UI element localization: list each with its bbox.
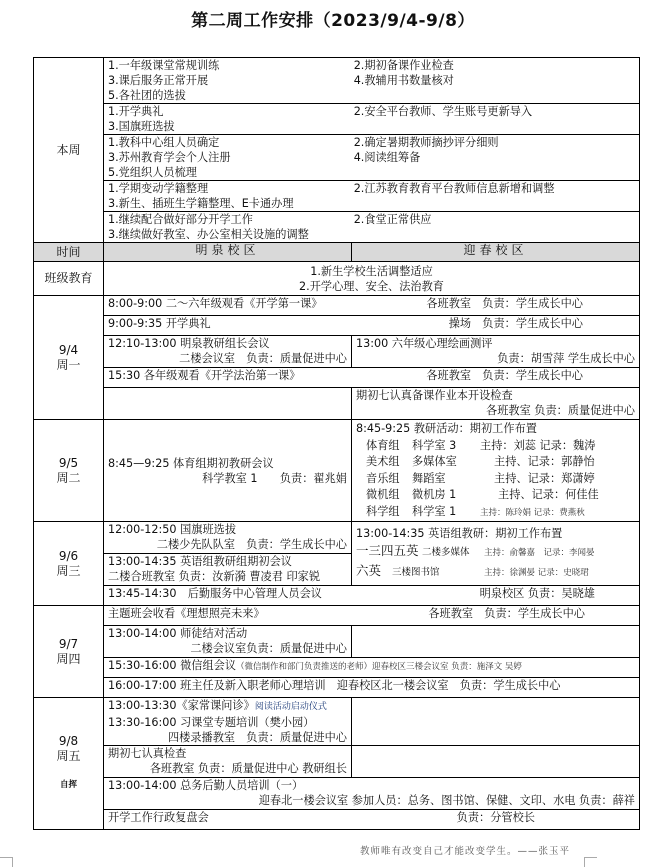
tuesday-label: 9/5 周二: [34, 420, 104, 522]
class-education-item: 1.新生学校生活调整适应: [108, 264, 635, 279]
event-place: 各班教室 负责：学生成长中心: [426, 368, 635, 383]
task-item: 2.确定暑期教师摘抄评分细则: [354, 135, 639, 150]
day-date: 9/7: [38, 637, 99, 652]
this-week-label: 本周: [34, 58, 104, 243]
task-item: 1.开学典礼: [108, 104, 354, 119]
task-item: 3.继续做好教室、办公室相关设施的调整: [108, 227, 354, 242]
task-item: 1.继续配合做好部分开学工作: [108, 212, 354, 227]
event-text: 16:00-17:00 班主任及新入职老师心理培训 迎春校区北一楼会议室 负责：…: [108, 679, 560, 692]
event-text: 开学工作行政复盘会: [108, 810, 209, 825]
event-place: 二楼会议室负责：质量促进中心: [108, 641, 347, 656]
class-education-item: 2.开学心理、安全、法治教育: [108, 279, 635, 294]
event-place: 二楼合班教室 负责：汝新漪 曹凌君 印家锐: [108, 569, 347, 584]
event-place: 明泉校区 负责：吴晓雄: [480, 586, 635, 601]
day-weekday: 周五: [38, 749, 99, 764]
friday-label: 9/8 周五 自挥: [34, 698, 104, 830]
task-item: 5.党组织人员梳理: [108, 165, 354, 180]
schedule-table: 本周 1.一年级课堂常规训练 3.课后服务正常开展 5.各社团的选拔 2.期初备…: [33, 57, 640, 830]
event-text: 13:00-13:30《家常课问诊》阅读活动启动仪式: [108, 698, 347, 715]
task-item: 3.国旗班选拔: [108, 119, 354, 134]
monday-row-3: 12:10-13:00 明泉教研组长会议 二楼会议室 负责：质量促进中心 13:…: [34, 336, 640, 368]
task-item: 2.期初备课作业检查: [354, 58, 639, 73]
thursday-row-3: 15:30-16:00 微信组会议（微信制作和部门负责推送的老师）迎春校区三楼会…: [34, 658, 640, 678]
friday-mark: 自挥: [38, 778, 99, 793]
event-place: 负责：分管校长: [457, 810, 635, 825]
event-text: 15:30-16:00 微信组会议: [108, 659, 236, 672]
event-place: 操场 负责：学生成长中心: [449, 316, 635, 331]
monday-label: 9/4 周一: [34, 296, 104, 420]
wednesday-label: 9/6 周三: [34, 522, 104, 606]
group-row: 音乐组舞蹈室主持、记录：郑潇婷: [356, 471, 635, 488]
event-place: 四楼录播教室 负责：质量促进中心: [108, 730, 347, 745]
page-title: 第二周工作安排（2023/9/4-9/8）: [0, 6, 666, 31]
this-week-row-5: 1.继续配合做好部分开学工作 3.继续做好教室、办公室相关设施的调整 2.食堂正…: [34, 212, 640, 243]
event-text: 8:00-9:00 二～六年级观看《开学第一课》: [108, 296, 322, 311]
friday-row-4: 开学工作行政复盘会负责：分管校长: [34, 810, 640, 830]
this-week-row-1: 本周 1.一年级课堂常规训练 3.课后服务正常开展 5.各社团的选拔 2.期初备…: [34, 58, 640, 104]
day-date: 9/6: [38, 549, 99, 564]
friday-row-3: 13:00-14:00 总务后勤人员培训（一） 迎春北一楼会议室 参加人员：总务…: [34, 778, 640, 810]
event-text: 9:00-9:35 开学典礼: [108, 316, 211, 331]
task-item: 2.食堂正常供应: [354, 212, 639, 227]
wednesday-row-3: 13:45-14:30 后勤服务中心管理人员会议明泉校区 负责：吴晓雄: [34, 586, 640, 606]
event-text: 13:00-14:35 英语组教研组期初会议: [108, 554, 347, 569]
event-text: 15:30 各年级观看《开学法治第一课》: [108, 368, 300, 383]
event-text: 8:45-9:25 教研活动：期初工作布置: [356, 421, 635, 438]
thursday-row-1: 9/7 周四 主题班会收看《理想照亮未来》各班教室 负责：学生成长中心: [34, 606, 640, 626]
event-place: 负责：胡雪萍 学生成长中心: [356, 351, 635, 366]
event-text: 13:00-14:35 英语组教研：期初工作布置: [356, 525, 635, 542]
event-note: （微信制作和部门负责推送的老师）迎春校区三楼会议室 负责：施泽文 吴婷: [236, 662, 522, 672]
task-item: 1.教科中心组人员确定: [108, 135, 354, 150]
group-row: 一三四五英二楼多媒体主持：俞馨嘉 记录：李闻晏: [356, 542, 635, 562]
event-text: 期初七认真备课作业本开设检查: [356, 388, 635, 403]
day-weekday: 周二: [38, 471, 99, 486]
this-week-row-2: 1.开学典礼 3.国旗班选拔 2.安全平台教师、学生账号更新导入: [34, 104, 640, 135]
thursday-row-2: 13:00-14:00 师徒结对活动 二楼会议室负责：质量促进中心: [34, 626, 640, 658]
event-place: 二楼会议室 负责：质量促进中心: [108, 351, 347, 366]
header-campus-mingquan: 明泉校区: [104, 243, 352, 262]
event-text: 13:45-14:30 后勤服务中心管理人员会议: [108, 586, 322, 601]
event-text: 主题班会收看《理想照亮未来》: [108, 606, 265, 621]
task-item: 5.各社团的选拔: [108, 88, 354, 103]
event-place: 各班教室 负责：学生成长中心: [428, 606, 635, 621]
class-education-row: 班级教育 1.新生学校生活调整适应 2.开学心理、安全、法治教育: [34, 262, 640, 296]
task-item: 2.江苏教育教育平台教师信息新增和调整: [354, 181, 639, 196]
event-place: 各班教室 负责：质量促进中心 教研组长: [108, 761, 347, 776]
task-item: 1.一年级课堂常规训练: [108, 58, 354, 73]
task-item: 4.阅读组筹备: [354, 150, 639, 165]
monday-row-5: 期初七认真备课作业本开设检查 各班教室 负责：质量促进中心: [34, 388, 640, 420]
task-item: 4.教辅用书数量核对: [354, 73, 639, 88]
event-text: 13:00-14:00 总务后勤人员培训（一）: [108, 778, 635, 793]
class-education-label: 班级教育: [34, 262, 104, 296]
task-item: 3.苏州教育学会个人注册: [108, 150, 354, 165]
task-item: 2.安全平台教师、学生账号更新导入: [354, 104, 639, 119]
thursday-label: 9/7 周四: [34, 606, 104, 698]
group-row: 体育组科学室 3主持：刘蕊 记录：魏涛: [356, 438, 635, 455]
event-text: 12:00-12:50 国旗班选拔: [108, 522, 347, 537]
day-weekday: 周四: [38, 652, 99, 667]
event-text: 期初七认真检查: [108, 746, 347, 761]
monday-row-4: 15:30 各年级观看《开学法治第一课》各班教室 负责：学生成长中心: [34, 368, 640, 388]
tuesday-row: 9/5 周二 8:45—9:25 体育组期初教研会议 科学教室 1 负责：翟兆娟…: [34, 420, 640, 522]
this-week-row-3: 1.教科中心组人员确定 3.苏州教育学会个人注册 5.党组织人员梳理 2.确定暑…: [34, 135, 640, 181]
header-time: 时间: [34, 243, 104, 262]
header-campus-yingchun: 迎春校区: [352, 243, 640, 262]
event-text: 12:10-13:00 明泉教研组长会议: [108, 336, 347, 351]
day-weekday: 周一: [38, 358, 99, 373]
day-date: 9/5: [38, 456, 99, 471]
thursday-row-4: 16:00-17:00 班主任及新入职老师心理培训 迎春校区北一楼会议室 负责：…: [34, 678, 640, 698]
event-text: 13:00 六年级心理绘画测评: [356, 336, 635, 351]
page-corner-mark: [0, 857, 13, 867]
group-row: 科学组科学室 1主持：陈玲娟 记录：费燕秋: [356, 504, 635, 522]
footer-quote: 教师唯有改变自己才能改变学生。——张玉平: [360, 843, 570, 857]
task-item: 3.课后服务正常开展: [108, 73, 354, 88]
event-place: 科学教室 1 负责：翟兆娟: [108, 471, 347, 486]
group-row: 美术组多媒体室主持、记录：郭静怡: [356, 454, 635, 471]
event-place: 各班教室 负责：学生成长中心: [426, 296, 635, 311]
this-week-row-4: 1.学期变动学籍整理 3.新生、插班生学籍整理、E卡通办理 2.江苏教育教育平台…: [34, 181, 640, 212]
day-date: 9/4: [38, 343, 99, 358]
friday-row-1: 9/8 周五 自挥 13:00-13:30《家常课问诊》阅读活动启动仪式 13:…: [34, 698, 640, 746]
page-corner-mark: [584, 857, 597, 867]
friday-row-2: 期初七认真检查 各班教室 负责：质量促进中心 教研组长: [34, 746, 640, 778]
task-item: 1.学期变动学籍整理: [108, 181, 354, 196]
group-row: 微机组微机房 1主持、记录：何佳佳: [356, 487, 635, 504]
event-text: 13:30-16:00 习课堂专题培训（樊小园）: [108, 715, 347, 730]
day-weekday: 周三: [38, 564, 99, 579]
event-place: 迎春北一楼会议室 参加人员：总务、图书馆、保健、文印、水电 负责：薛祥: [108, 793, 635, 808]
task-item: 3.新生、插班生学籍整理、E卡通办理: [108, 196, 354, 211]
group-row: 六英三楼图书馆主持：徐渊晏 记录：史晓珺: [356, 562, 635, 582]
day-date: 9/8: [38, 734, 99, 749]
monday-row-2: 9:00-9:35 开学典礼操场 负责：学生成长中心: [34, 316, 640, 336]
event-text: 13:00-14:00 师徒结对活动: [108, 626, 347, 641]
event-text: 8:45—9:25 体育组期初教研会议: [108, 456, 347, 471]
event-place: 各班教室 负责：质量促进中心: [356, 403, 635, 418]
column-header-row: 时间 明泉校区 迎春校区: [34, 243, 640, 262]
monday-row-1: 9/4 周一 8:00-9:00 二～六年级观看《开学第一课》各班教室 负责：学…: [34, 296, 640, 316]
event-place: 二楼少先队队室 负责：学生成长中心: [108, 537, 347, 552]
wednesday-row-1: 9/6 周三 12:00-12:50 国旗班选拔 二楼少先队队室 负责：学生成长…: [34, 522, 640, 554]
